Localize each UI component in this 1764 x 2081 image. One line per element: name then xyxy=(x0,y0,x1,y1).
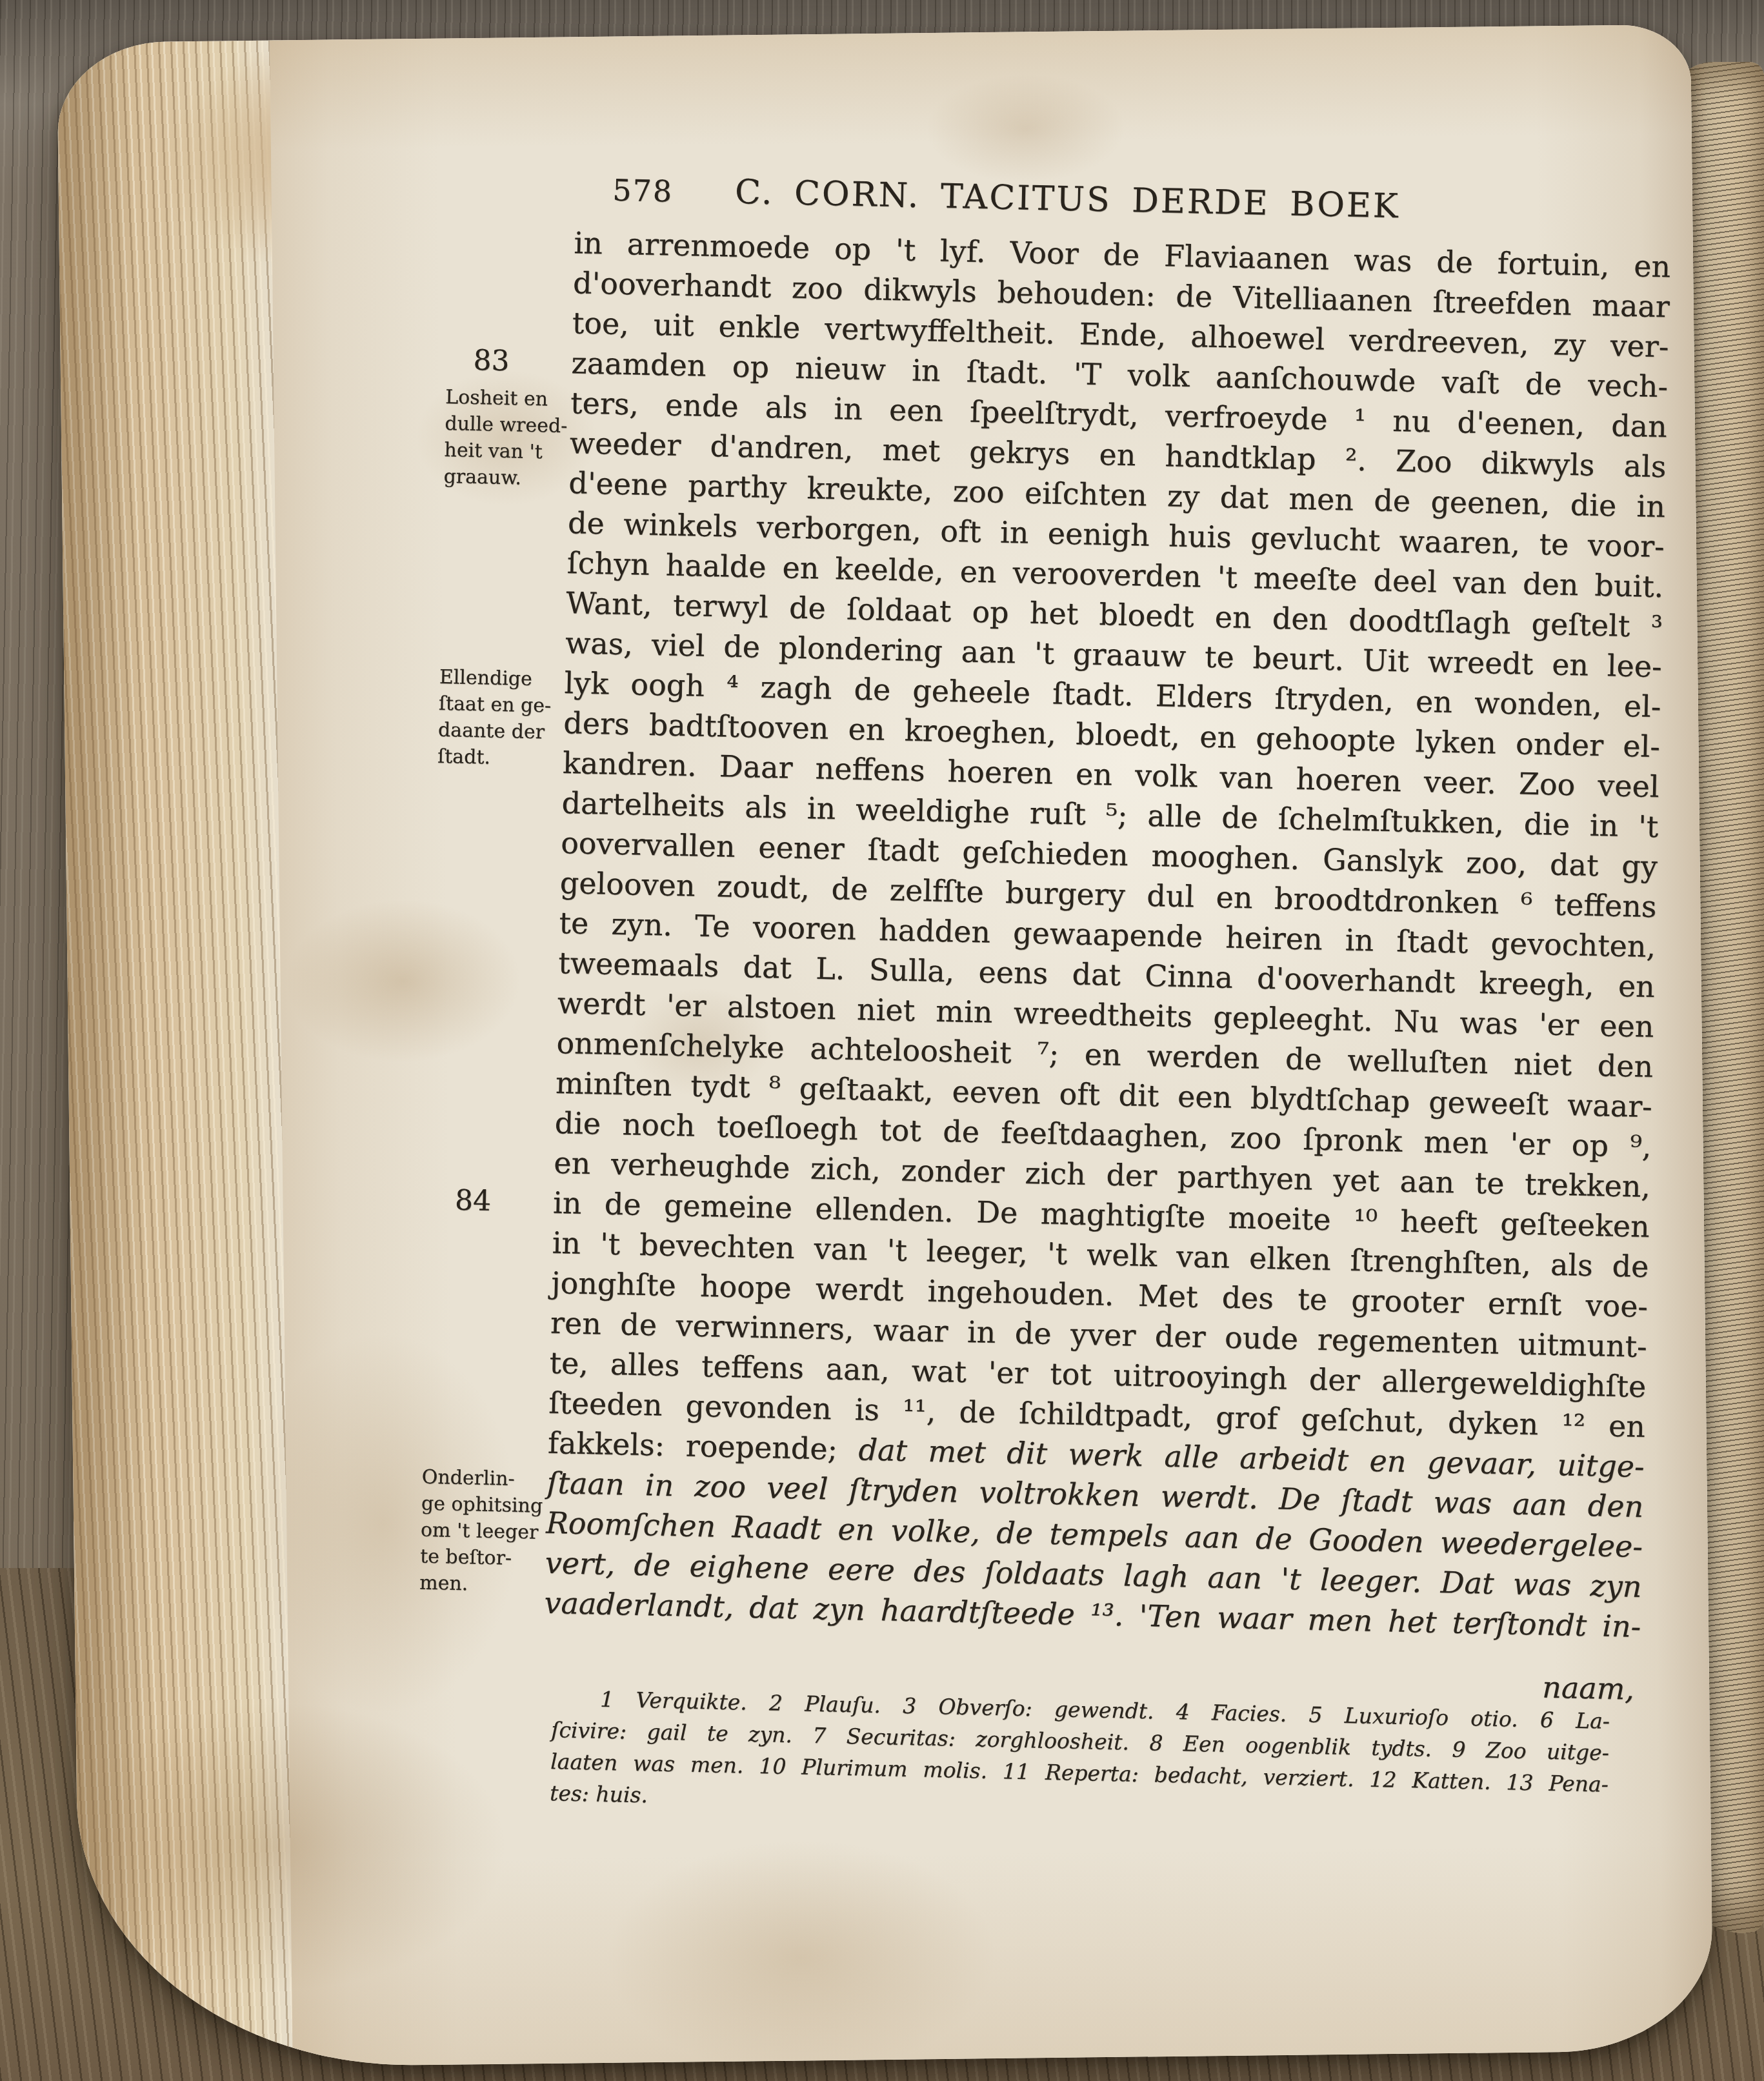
open-book: 578C. CORN. TACITUS DERDE BOEK in arrenm… xyxy=(57,25,1713,2069)
running-title: C. CORN. TACITUS DERDE BOEK xyxy=(735,173,1401,226)
catchword: naam, xyxy=(1542,1669,1635,1706)
text-rotor: 578C. CORN. TACITUS DERDE BOEK in arrenm… xyxy=(499,163,1672,1930)
margin-note: Onderlin- ge ophitsing om 't leeger te b… xyxy=(419,1464,551,1599)
book-fore-edge xyxy=(57,40,303,2069)
margin-section-number: 83 xyxy=(473,341,525,382)
margin-note: Losheit en dulle wreed- heit van 't graa… xyxy=(443,384,575,492)
margin-section-number: 84 xyxy=(454,1181,506,1222)
margin-note: Ellendige ſtaat en ge- daante der ſtadt. xyxy=(437,664,569,772)
body-text: in arrenmoede op 't lyf. Voor de Flaviaa… xyxy=(544,223,1671,1647)
page-number: 578 xyxy=(612,173,674,209)
wood-table-background: 578C. CORN. TACITUS DERDE BOEK in arrenm… xyxy=(0,0,1764,2081)
footnotes: 1 Verquikte. 2 Plauſu. 3 Obverſo: gewend… xyxy=(550,1682,1610,1832)
